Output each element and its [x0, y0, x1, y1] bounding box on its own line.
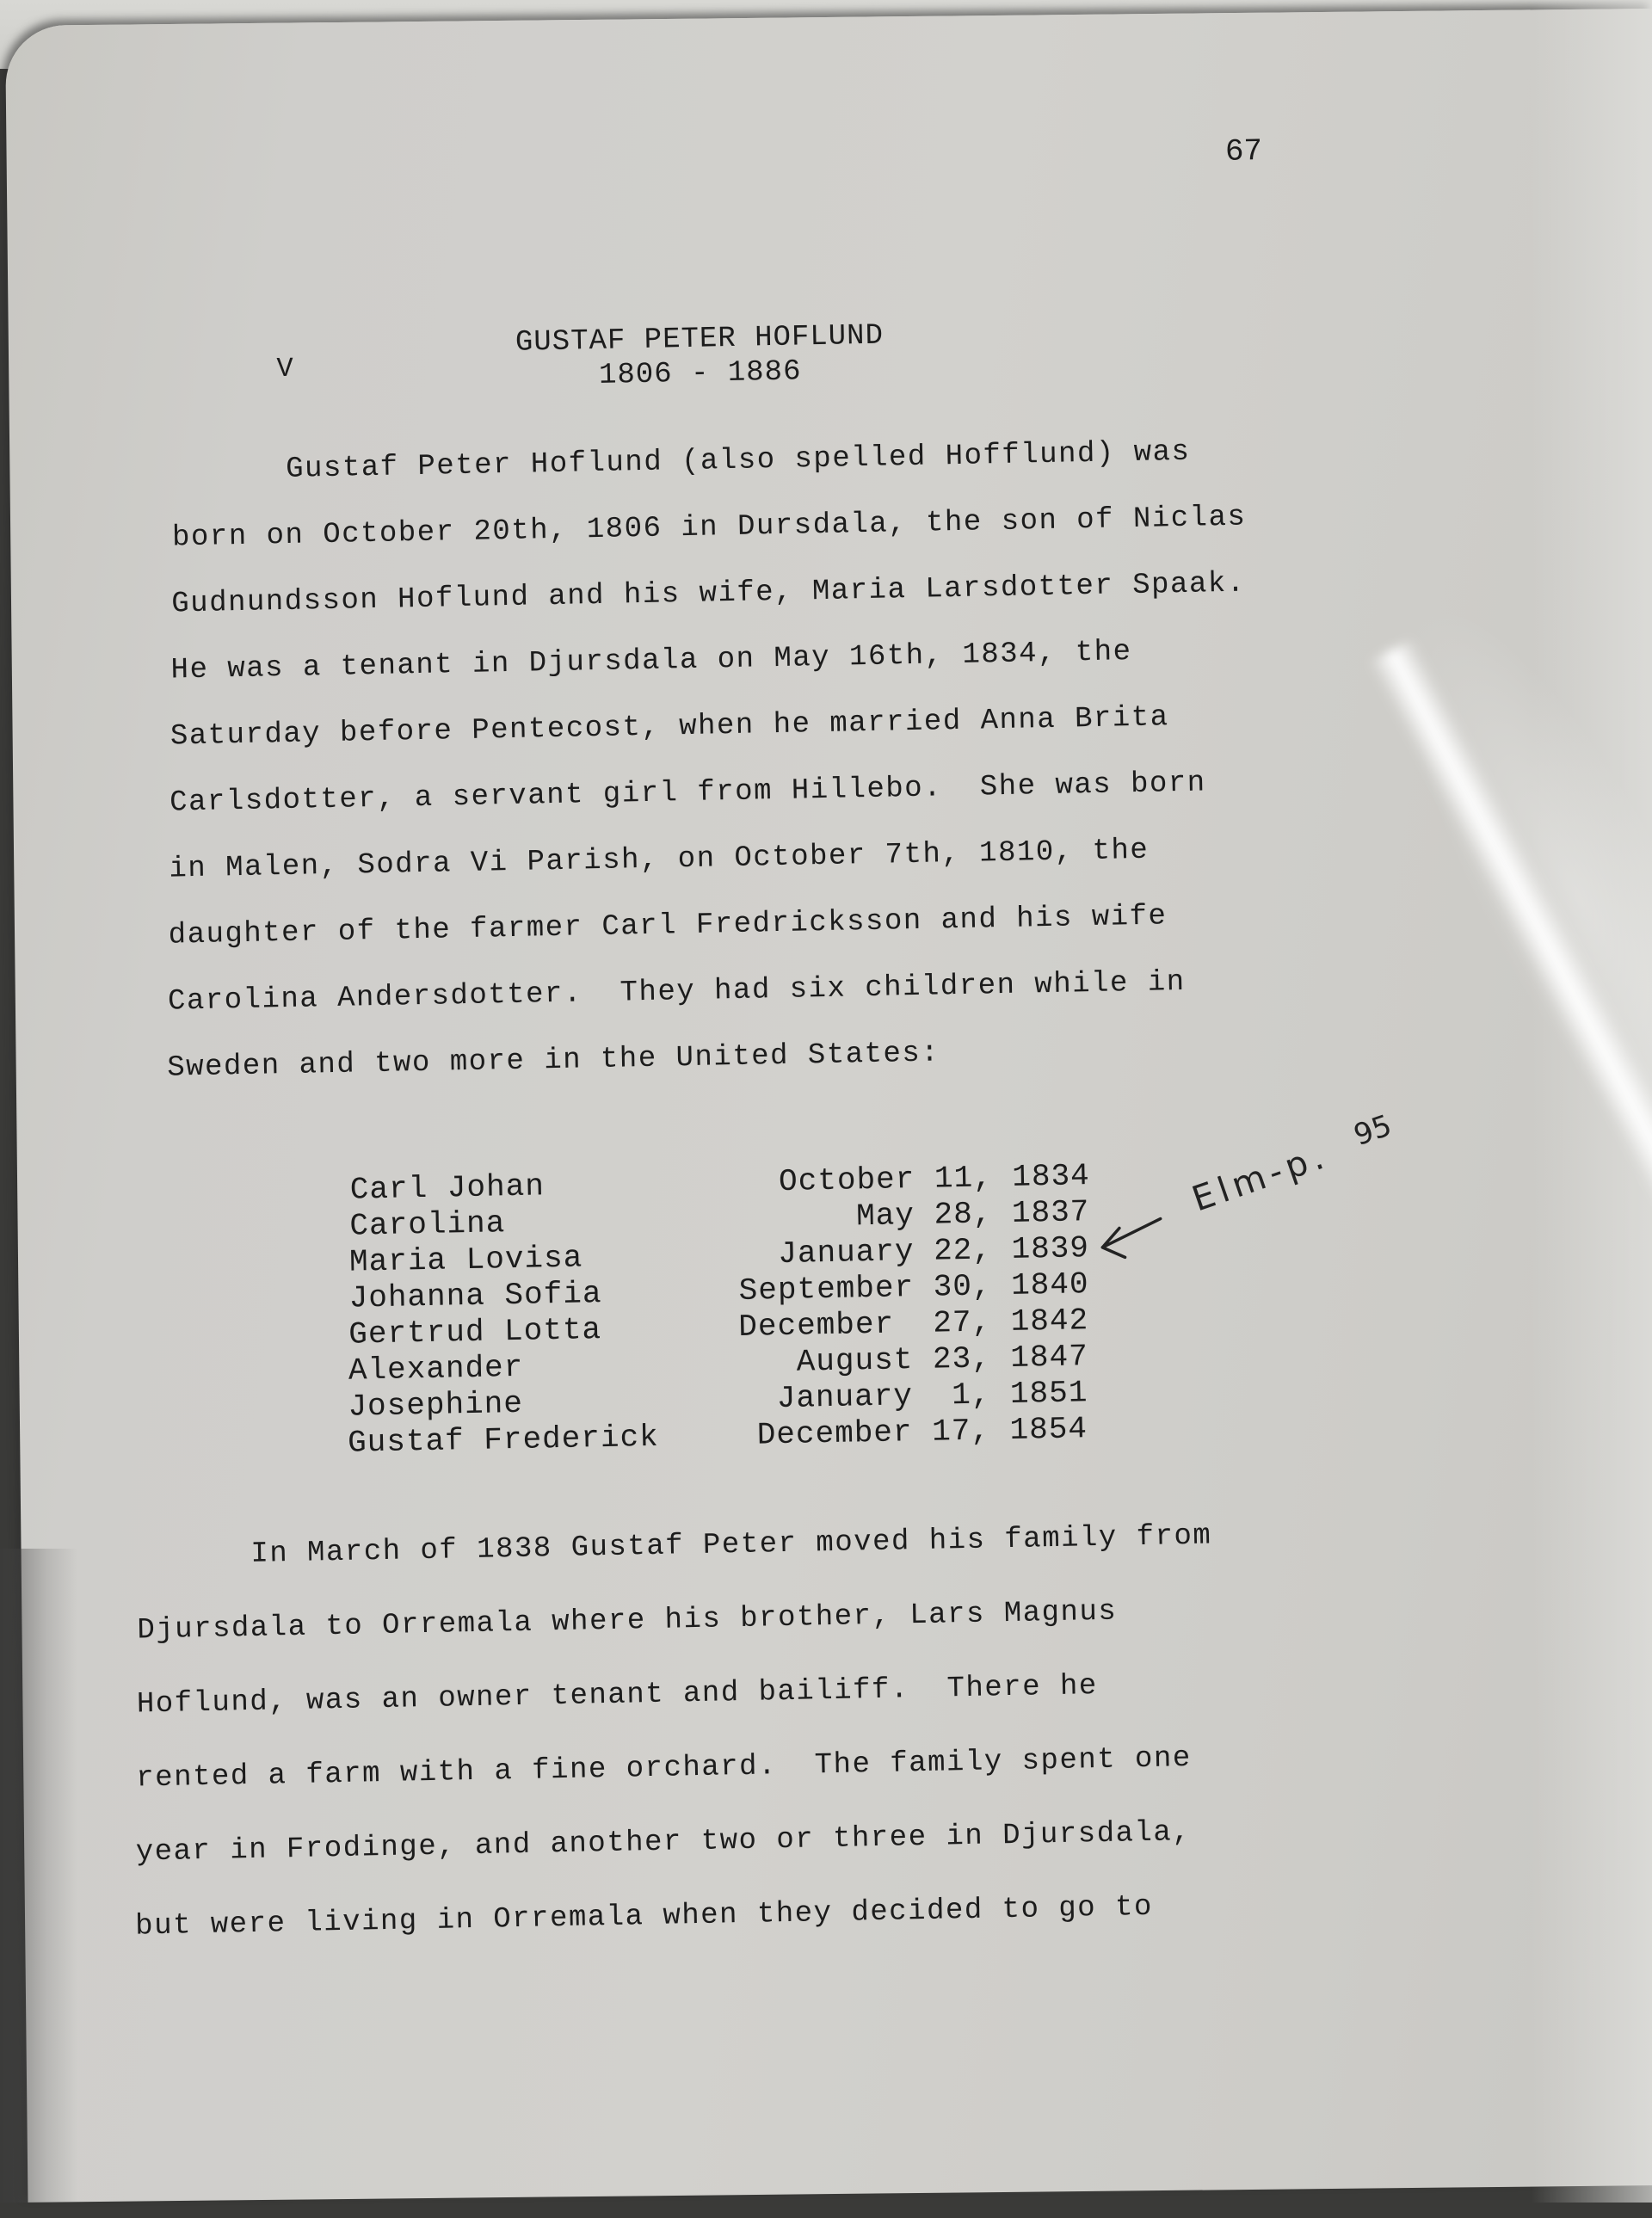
text-line: year in Frodinge, and another two or thr… — [135, 1816, 1191, 1870]
text-line: Carlsdotter, a servant girl from Hillebo… — [170, 767, 1206, 819]
text-line: in Malen, Sodra Vi Parish, on October 7t… — [169, 835, 1150, 886]
text-line: daughter of the farmer Carl Fredricksson… — [168, 900, 1167, 952]
text-line: Saturday before Pentecost, when he marri… — [170, 701, 1169, 753]
text-line: rented a farm with a fine orchard. The f… — [136, 1742, 1192, 1796]
text-line: but were living in Orremala when they de… — [135, 1891, 1153, 1944]
child-birth-date: December 17, 1854 — [709, 1411, 1088, 1454]
text-line: Djursdala to Orremala where his brother,… — [137, 1596, 1118, 1648]
text-line: Gustaf Peter Hoflund (also spelled Hoffl… — [172, 436, 1190, 489]
text-line: In March of 1838 Gustaf Peter moved his … — [138, 1519, 1212, 1573]
page-number: 67 — [1225, 133, 1263, 169]
text-line: Carolina Andersdotter. They had six chil… — [168, 966, 1186, 1019]
chapter-heading: GUSTAF PETER HOFLUND 1806 - 1886 — [467, 317, 933, 395]
text-line: He was a tenant in Djursdala on May 16th… — [170, 636, 1132, 687]
text-line: Sweden and two more in the United States… — [167, 1037, 940, 1084]
child-name: Gustaf Frederick — [348, 1419, 710, 1462]
text-line: born on October 20th, 1806 in Dursdala, … — [172, 502, 1247, 555]
children-list: Carl JohanOctober 11, 1834CarolinaMay 28… — [349, 1158, 1094, 1461]
text-line: Gudnundsson Hoflund and his wife, Maria … — [171, 568, 1246, 621]
text-line: Hoflund, was an owner tenant and bailiff… — [137, 1670, 1099, 1721]
page-content: 67 V GUSTAF PETER HOFLUND 1806 - 1886 Gu… — [0, 0, 1652, 2203]
section-numeral: V — [276, 353, 293, 385]
